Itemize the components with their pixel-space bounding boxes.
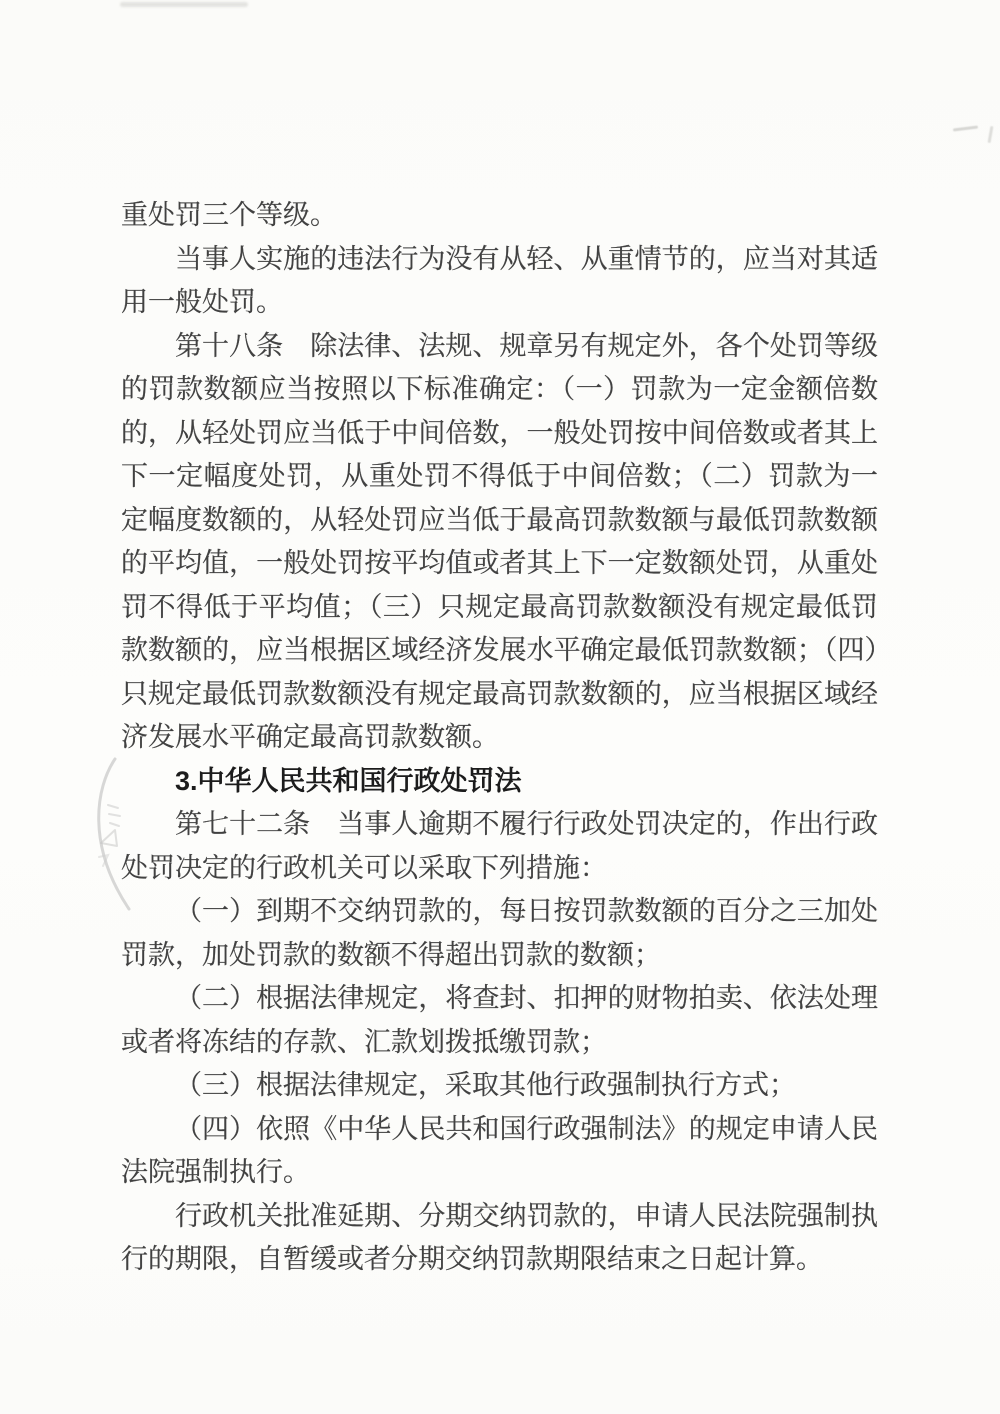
scan-dash-top-right — [953, 125, 978, 131]
scan-tick-right-edge — [988, 126, 994, 143]
document-body: 重处罚三个等级。 当事人实施的违法行为没有从轻、从重情节的，应当对其适用一般处罚… — [121, 194, 878, 1282]
scan-smudge-top — [120, 2, 248, 7]
paragraph-article-72: 第七十二条 当事人逾期不履行行政处罚决定的，作出行政处罚决定的行政机关可以采取下… — [121, 803, 878, 890]
paragraph-item-3: （三）根据法律规定，采取其他行政强制执行方式； — [121, 1064, 878, 1108]
heading-law-name: 3.中华人民共和国行政处罚法 — [121, 760, 878, 804]
paragraph-article-18: 第十八条 除法律、法规、规章另有规定外，各个处罚等级的罚款数额应当按照以下标准确… — [121, 325, 878, 760]
paragraph-item-4: （四）依照《中华人民共和国行政强制法》的规定申请人民法院强制执行。 — [121, 1108, 878, 1195]
paragraph-item-2: （二）根据法律规定，将查封、扣押的财物拍卖、依法处理或者将冻结的存款、汇款划拨抵… — [121, 977, 878, 1064]
paragraph-grading-continuation: 重处罚三个等级。 — [121, 194, 878, 238]
paragraph-general-penalty: 当事人实施的违法行为没有从轻、从重情节的，应当对其适用一般处罚。 — [121, 238, 878, 325]
scanned-document-page: 重处罚三个等级。 当事人实施的违法行为没有从轻、从重情节的，应当对其适用一般处罚… — [0, 0, 1000, 1414]
paragraph-item-1: （一）到期不交纳罚款的，每日按罚款数额的百分之三加处罚款，加处罚款的数额不得超出… — [121, 890, 878, 977]
paragraph-deferred-payment: 行政机关批准延期、分期交纳罚款的，申请人民法院强制执行的期限，自暂缓或者分期交纳… — [121, 1195, 878, 1282]
